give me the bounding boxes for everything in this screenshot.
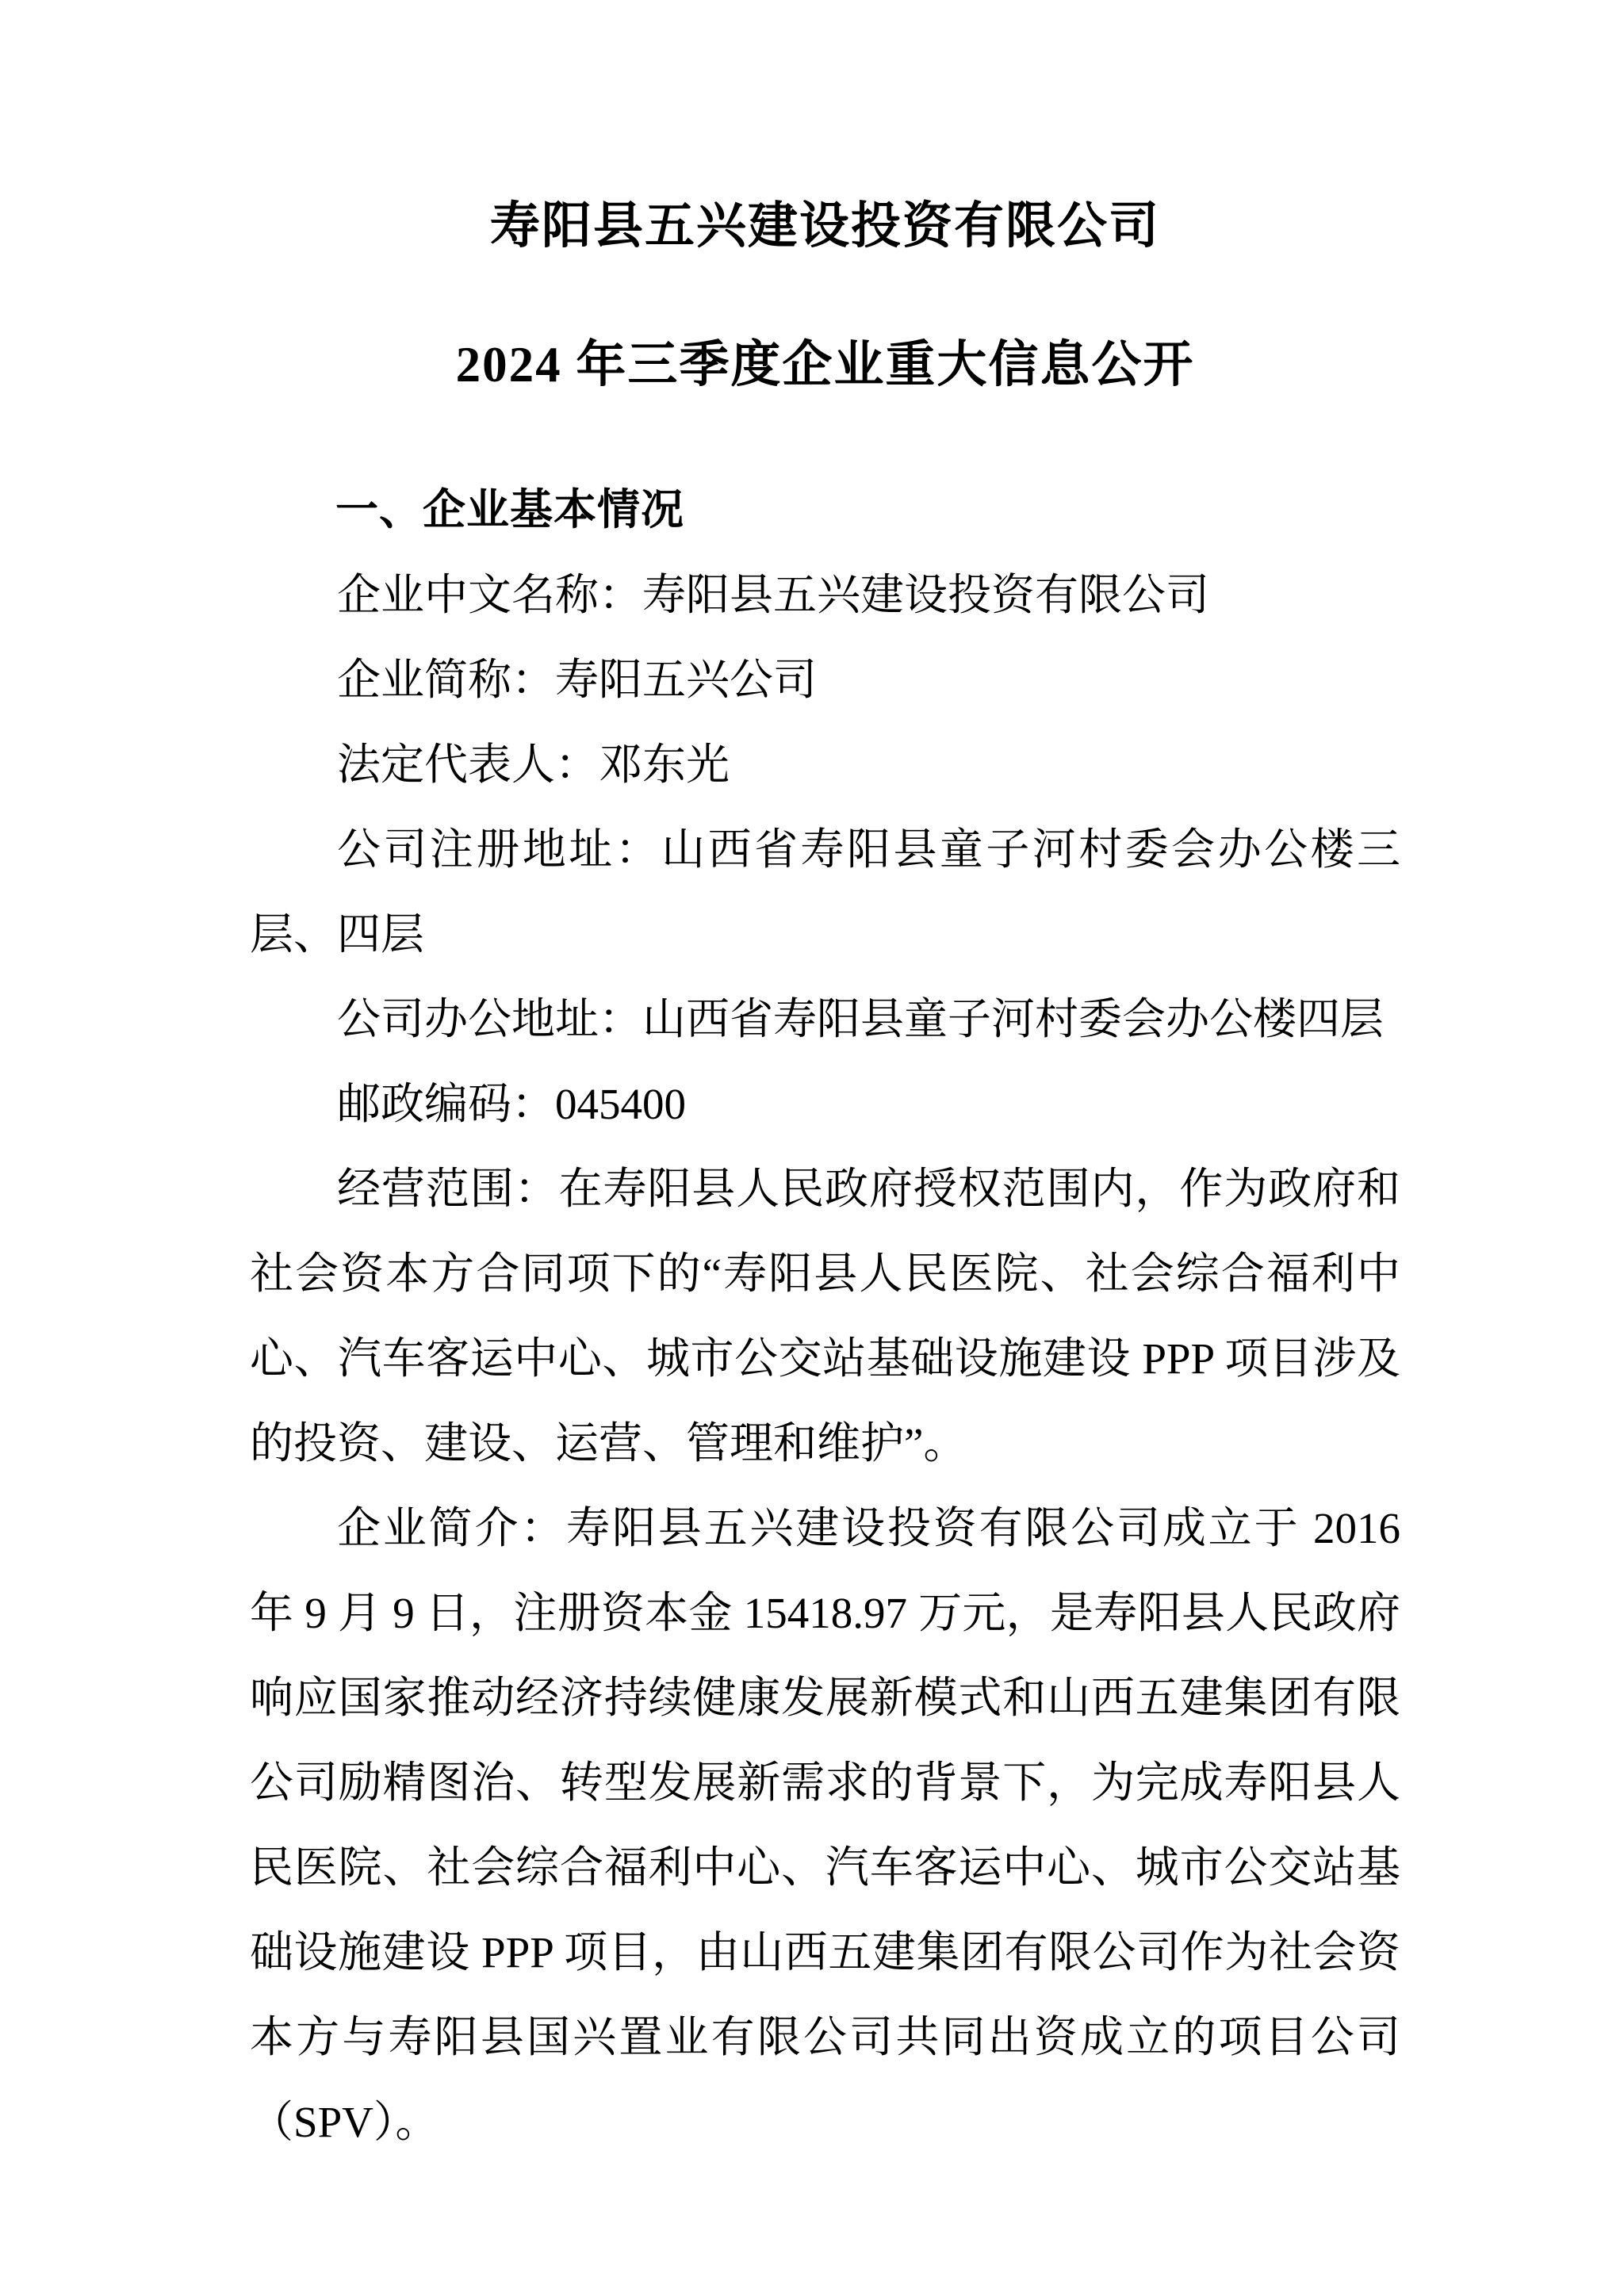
paragraph-company-short-name: 企业简称：寿阳五兴公司 xyxy=(250,637,1400,722)
document-page: 寿阳县五兴建设投资有限公司 2024 年三季度企业重大信息公开 一、企业基本情况… xyxy=(0,0,1624,2296)
document-content: 寿阳县五兴建设投资有限公司 2024 年三季度企业重大信息公开 一、企业基本情况… xyxy=(0,0,1624,2164)
paragraph-business-scope: 经营范围：在寿阳县人民政府授权范围内，作为政府和社会资本方合同项下的“寿阳县人民… xyxy=(250,1146,1400,1486)
section-heading-basic-info: 一、企业基本情况 xyxy=(250,468,1400,553)
document-title: 寿阳县五兴建设投资有限公司 xyxy=(250,194,1400,258)
paragraph-registered-address: 公司注册地址：山西省寿阳县童子河村委会办公楼三层、四层 xyxy=(250,807,1400,977)
paragraph-company-chinese-name: 企业中文名称：寿阳县五兴建设投资有限公司 xyxy=(250,553,1400,637)
paragraph-company-profile: 企业简介：寿阳县五兴建设投资有限公司成立于 2016 年 9 月 9 日，注册资… xyxy=(250,1486,1400,2164)
paragraph-office-address: 公司办公地址：山西省寿阳县童子河村委会办公楼四层 xyxy=(250,977,1400,1062)
document-subtitle: 2024 年三季度企业重大信息公开 xyxy=(250,333,1400,396)
paragraph-postal-code: 邮政编码：045400 xyxy=(250,1062,1400,1146)
paragraph-legal-representative: 法定代表人：邓东光 xyxy=(250,722,1400,807)
